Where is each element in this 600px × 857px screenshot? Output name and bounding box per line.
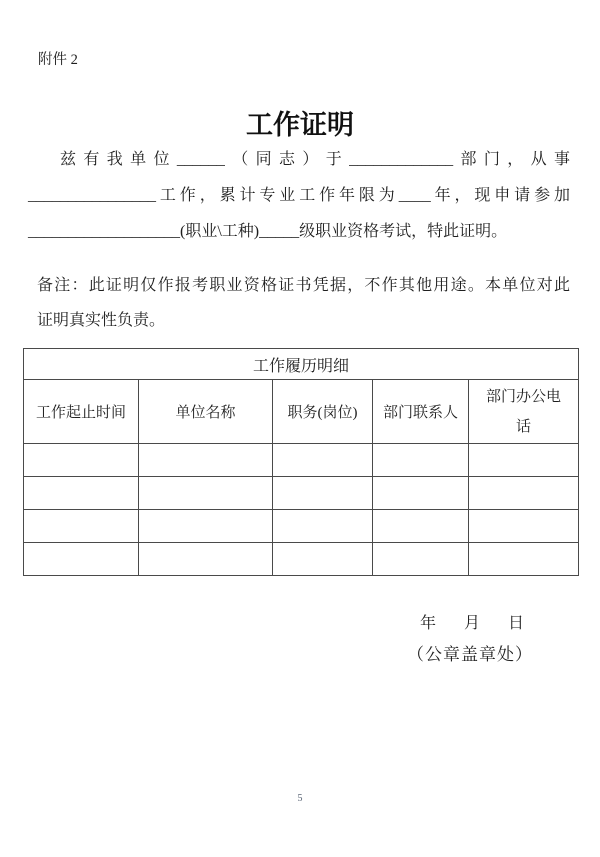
column-header-contact: 部门联系人 xyxy=(373,380,469,444)
table-cell xyxy=(273,543,373,576)
seal-note: （公章盖章处） xyxy=(407,640,533,665)
column-header-office-phone: 部门办公电话 xyxy=(469,380,579,444)
day-label: 日 xyxy=(508,610,524,633)
body-paragraph-line-3: ___________________(职业\工种)_____级职业资格考试，特… xyxy=(28,222,570,242)
table-cell xyxy=(139,543,273,576)
table-cell xyxy=(469,510,579,543)
table-cell xyxy=(469,543,579,576)
table-cell xyxy=(373,477,469,510)
table-cell xyxy=(273,477,373,510)
table-cell xyxy=(139,477,273,510)
table-cell xyxy=(469,444,579,477)
table-cell xyxy=(273,444,373,477)
year-label: 年 xyxy=(420,610,436,633)
body-paragraph-line-1: 兹有我单位______（同志）于_____________部门，从事 xyxy=(28,150,570,170)
table-cell xyxy=(273,510,373,543)
table-row xyxy=(24,543,579,576)
document-title: 工作证明 xyxy=(0,103,600,142)
document-page: 附件 2 工作证明 兹有我单位______（同志）于_____________部… xyxy=(0,0,600,857)
month-label: 月 xyxy=(464,610,480,633)
remark-line-2: 证明真实性负责。 xyxy=(37,311,570,331)
remark-line-1: 备注：此证明仅作报考职业资格证书凭据，不作其他用途。本单位对此 xyxy=(37,276,570,296)
column-header-work-period: 工作起止时间 xyxy=(24,380,139,444)
table-caption: 工作履历明细 xyxy=(24,349,579,380)
body-paragraph-line-2: ________________工作，累计专业工作年限为____年，现申请参加 xyxy=(28,186,570,206)
column-header-office-phone-label: 部门办公电话 xyxy=(481,382,567,442)
table-cell xyxy=(139,444,273,477)
table-cell xyxy=(469,477,579,510)
table-cell xyxy=(139,510,273,543)
column-header-unit-name: 单位名称 xyxy=(139,380,273,444)
table-cell xyxy=(24,510,139,543)
column-header-position: 职务(岗位) xyxy=(273,380,373,444)
table-cell xyxy=(24,444,139,477)
table-cell xyxy=(373,444,469,477)
work-history-table: 工作履历明细 工作起止时间 单位名称 职务(岗位) 部门联系人 部门办公电话 xyxy=(23,348,579,576)
table-row xyxy=(24,510,579,543)
signature-date-line: 年 月 日 xyxy=(420,610,524,633)
table-cell xyxy=(373,510,469,543)
table-cell xyxy=(24,543,139,576)
attachment-label: 附件 2 xyxy=(38,48,78,69)
table-caption-row: 工作履历明细 xyxy=(24,349,579,380)
table-row xyxy=(24,444,579,477)
table-row xyxy=(24,477,579,510)
table-cell xyxy=(24,477,139,510)
table-header-row: 工作起止时间 单位名称 职务(岗位) 部门联系人 部门办公电话 xyxy=(24,380,579,444)
page-number: 5 xyxy=(0,793,600,804)
table-cell xyxy=(373,543,469,576)
